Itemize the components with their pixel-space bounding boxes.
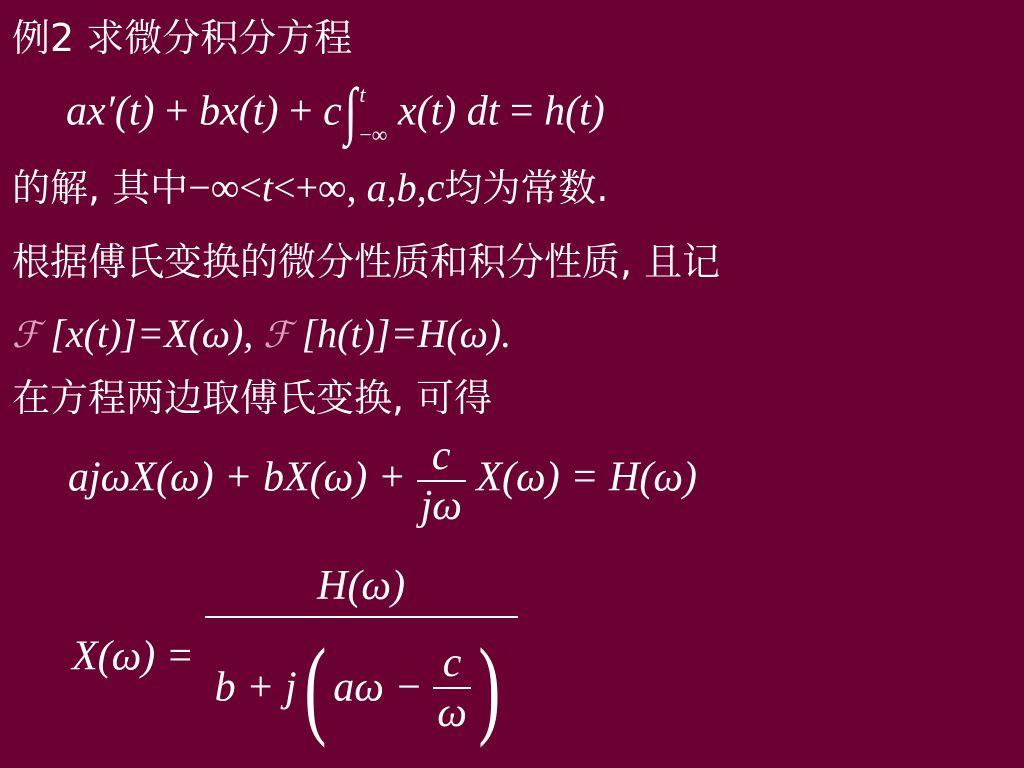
denominator: jω [417, 480, 466, 530]
solution-fraction: H(ω)b + j(aω − cω) [205, 562, 518, 751]
inner-fraction: cω [433, 639, 471, 737]
plus-sign: + [278, 89, 323, 135]
lhs: X(ω) = [72, 634, 205, 680]
equation-integro-differential: ax′(t) + bx(t) + c∫t−∞ x(t) dt = h(t) [66, 78, 605, 152]
condition-line: 的解, 其中−∞<t<+∞, a,b,c均为常数. [12, 164, 608, 212]
equation-transformed: ajωX(ω) + bX(ω) + cjω X(ω) = H(ω) [68, 432, 697, 530]
lower-limit: −∞ [359, 124, 387, 146]
integral-icon: ∫ [344, 74, 356, 148]
term-c: c [323, 89, 342, 135]
example-label: 例2 [12, 16, 74, 60]
t-var: t [262, 165, 273, 210]
term-a: ax′(t) [66, 89, 154, 135]
property-line: 根据傅氏变换的微分性质和积分性质, 且记 [12, 238, 720, 286]
text: 的解, 其中 [12, 166, 188, 210]
integrand: x(t) d [398, 89, 488, 135]
plus-sign: + [154, 89, 199, 135]
rhs: h(t) [544, 89, 605, 135]
fraction-c-over-jw: cjω [417, 432, 466, 530]
left-paren: ( [304, 624, 326, 751]
text: 根据傅氏变换的微分性质和积分性质, 且记 [12, 240, 720, 284]
notation-x: [x(t)]=X(ω), [50, 311, 253, 356]
range: −∞< [188, 165, 262, 210]
notation-line: ℱ [x(t)]=X(ω), ℱ [h(t)]=H(ω). [12, 310, 511, 360]
terms: ajωX(ω) + bX(ω) + [68, 455, 417, 501]
notation-h: [h(t)]=H(ω). [302, 311, 512, 356]
transform-line: 在方程两边取傅氏变换, 可得 [12, 374, 492, 422]
inner-denominator: ω [433, 687, 471, 737]
fourier-transform-icon: ℱ [263, 315, 291, 356]
upper-limit: t [359, 82, 365, 107]
d-variable: t [488, 89, 500, 135]
text: 在方程两边取傅氏变换, 可得 [12, 376, 492, 420]
title-line: 例2 求微分积分方程 [12, 14, 352, 62]
fourier-transform-icon: ℱ [12, 315, 40, 356]
den-prefix: b + j [215, 665, 297, 711]
right-paren: ) [478, 624, 500, 751]
term-b: bx(t) [199, 89, 278, 135]
numerator: H(ω) [205, 562, 518, 616]
range-end: <+∞, [273, 165, 367, 210]
inner-numerator: c [433, 639, 471, 687]
numerator: c [417, 432, 466, 480]
equation-solution: X(ω) = H(ω)b + j(aω − cω) [72, 562, 518, 751]
inner-term: aω − [333, 665, 433, 711]
title-text: 求微分积分方程 [74, 16, 352, 60]
text: 均为常数. [444, 166, 608, 210]
constants: a,b,c [367, 165, 445, 210]
terms: X(ω) = H(ω) [466, 455, 697, 501]
equals-sign: = [499, 89, 544, 135]
slide: 例2 求微分积分方程 ax′(t) + bx(t) + c∫t−∞ x(t) d… [0, 0, 1024, 768]
denominator: b + j(aω − cω) [205, 616, 518, 751]
integral-limits: t−∞ [359, 84, 387, 146]
